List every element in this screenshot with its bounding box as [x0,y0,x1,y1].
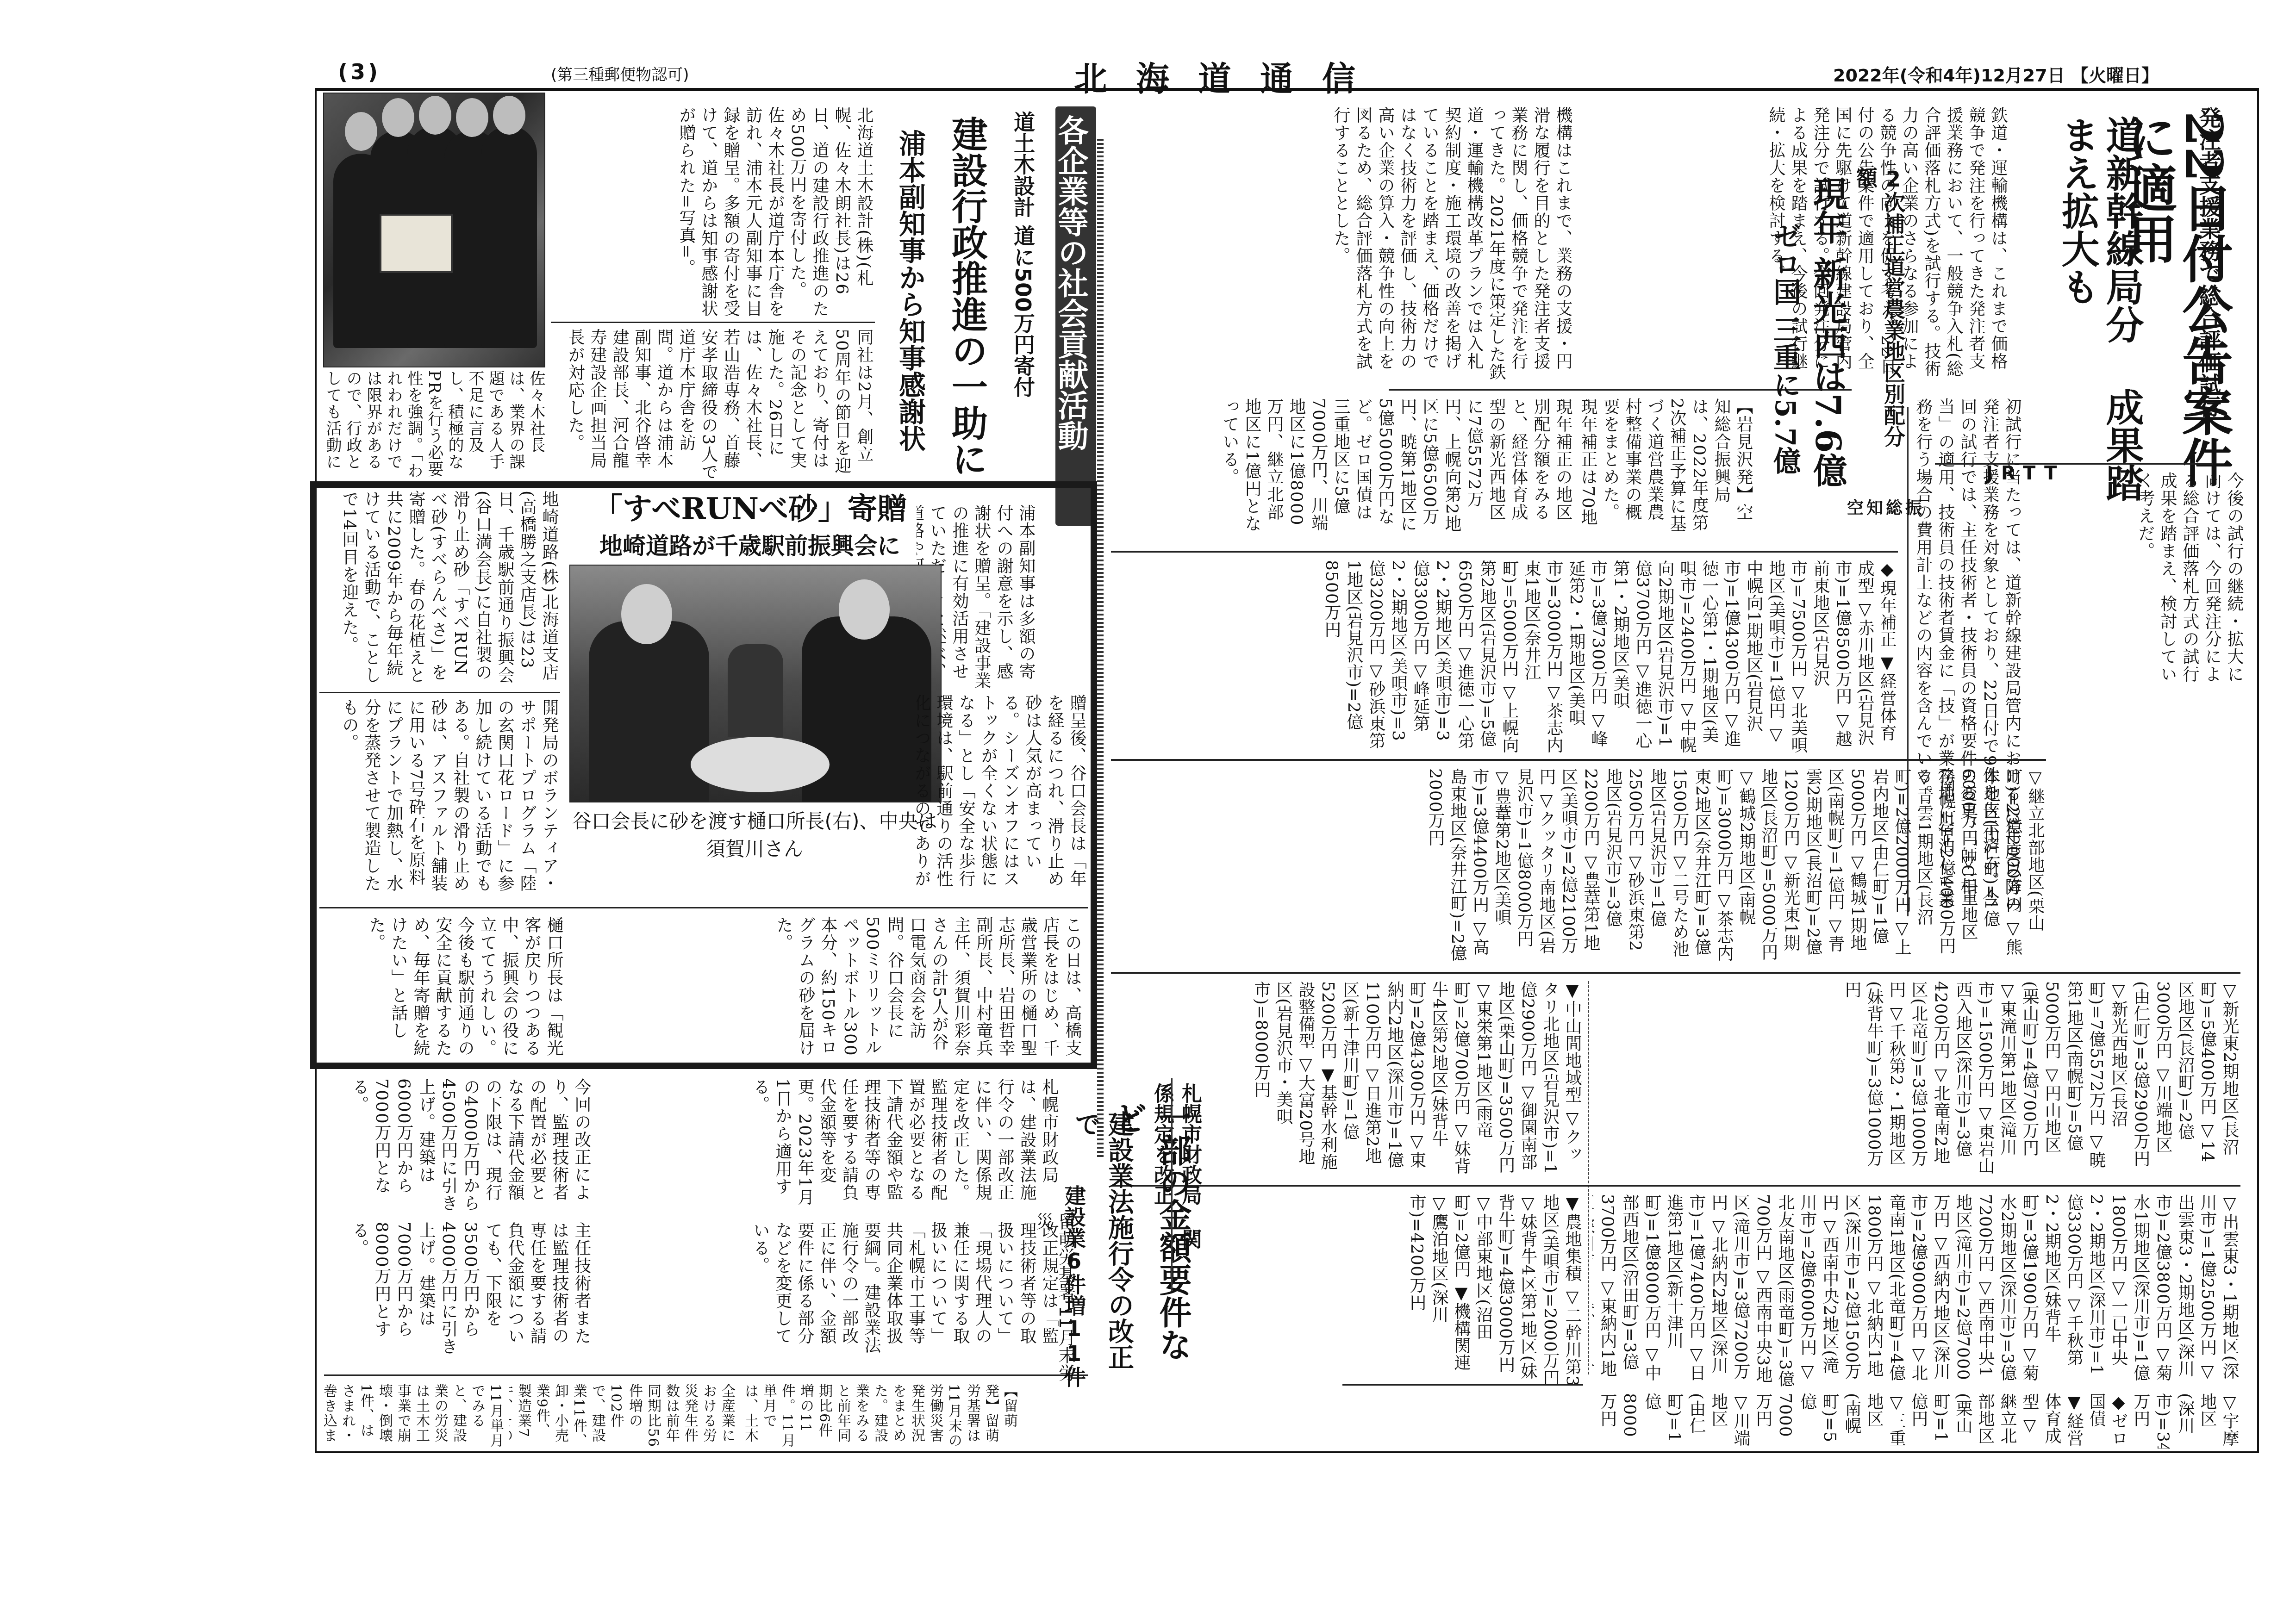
allocation-item: ▽豊葦第2地区(美唄市)=3億4400万円 [1470,768,1511,926]
allocation-item: ▽三重地区(南幌町)=5億7000万円 [1753,1393,1906,1447]
rule [1111,972,2240,974]
banner-hatch [1097,139,1104,1157]
douken-kicker: 道土木設計 道に500万円寄付 [1009,111,1037,528]
sorachi-byline: 空知総振 [1847,495,1925,519]
sorachi-kicker: 2次補正道営農業地区別配分額 [1852,167,1907,463]
allocation-item: ▽青雲1期地区(長沼町)=2億2000万円 [1892,768,1934,926]
douken-body-3: 佐々木社長は、業界の課題である人手不足に言及し、積極的なPRを行う必要性を強調。… [324,370,546,481]
allocation-item: ▽東栄第1地区(雨竜町)=2億700万円 [1452,981,1493,1138]
sorachi-headline-1: 現年 新光西は7.6億 [1805,176,1850,500]
jizaki-body-4: 贈呈後、谷口会長は「年を経るにつれ、滑り止め砂は人気が高まっている。シーズンオフ… [917,694,1088,902]
rule [1111,551,1898,553]
jizaki-photo-caption: 谷口会長に砂を渡す樋口所長(右)、中央は須賀川さん [569,808,940,863]
person-head [419,96,451,135]
sorachi-headline-2: ゼロ国 三重に5.7億 [1768,222,1802,500]
person-head [456,98,488,137]
issue-date: 2022年(令和4年)12月27日 【火曜日】 [1833,61,2159,87]
person-figure-left [589,621,709,802]
person-figure-center [728,644,783,737]
sapporo-body: 札幌市財政局は、建設業法施行令の一部改正に伴い、関係規定を改正した。監理技術者の… [597,1078,1060,1217]
person-head [345,112,377,151]
allocation-item: ▽鷹泊地区(深川市)=4200万円 [1407,1194,1448,1323]
person-head [382,98,414,137]
allocation-item: ▽妹背牛4区第1地区(妹背牛町)=4億3000万円 [1496,1194,1537,1380]
rumoi-body: 【留萌発】留萌労基署は11月末の労働災害発生状況をまとめた。建設業をみると前年同… [741,1384,1018,1449]
sapporo-body-3: 今回の改正により、監理技術者の配置が必要となる下請代金額の下限は、現行の4000… [324,1078,593,1217]
dashed-rule [1588,981,1589,1374]
rule [319,692,560,693]
jizaki-body-2: 開発局のボランティア・サポートプログラム「陸の玄関口花ロード」に参加し続けている… [319,699,560,902]
allocation-item: ▽千秋第2・1期地区(妹背牛町)=3億1000万円 [1842,981,1906,1168]
section-type-2: ▼中山間地域型 [1563,981,1582,1103]
rule [1111,759,2046,761]
allocation-item: ▽西南中央2地区(滝川市)=2億6000万円 [1798,1194,1839,1374]
jizaki-body-3: この日は、高橋支店長をはじめ、千歳営業所の樋口聖志所長、岩田哲幸副所長、中村竜兵… [569,916,1083,1064]
sorachi-body-2: 現年補正の地区別配分額をみると、経営体育成型の新光西地区に7億5572万円、上幌… [1111,398,1574,537]
rumoi-body-3-4: 11月単月でみると、建設業の労災は土木工事業で崩壊・倒壊1件、はさまれ・巻き込ま… [324,1384,505,1449]
feature-banner: 各企業等の社会貢献活動 [1055,106,1096,526]
rumoi-body-3: 11月単月でみると、建設業の労災は土木工事業で崩壊・倒壊1件、はさまれ・巻き込ま… [324,1384,504,1448]
section-type-5: ▼機構関連 [1452,1284,1471,1372]
allocation-item: ▽新光西地区(長沼町)=7億5572万円 [2087,981,2128,1127]
page-number: (3) [338,59,381,84]
allocation-item: ▽クッタリ南地区(岩見沢市)=1億8000万円 [1515,768,1556,955]
person-figure [481,126,537,348]
allocation-list-farmland: ▽出雲東3・1期地区(深川市)=1億2500万円 ▽出雲東3・2期地区(深川市)… [1592,1194,2240,1388]
rule [551,322,875,323]
sapporo-body-2: 改正規定は「監理技術者等の取扱いについて」「現場代理人の兼任に関する取扱いについ… [597,1222,1060,1361]
allocation-item: ▽川端地区(由仁町)=1億8000万円 [1598,1393,1750,1447]
allocation-item: ▽出雲東3・1期地区(深川市)=1億2500万円 [2198,1194,2239,1380]
rule [324,1374,1088,1376]
rule [1935,463,2213,465]
allocation-item: ▽継立北部地区(栗山町)=2億2000万円 [2003,768,2045,932]
douken-body-2: 同社は2月、創立50周年の節目を迎えており、寄付はその記念として実施した。26日… [551,329,875,481]
table-lace [691,737,830,792]
jizaki-subheadline: 地崎道路が千歳駅前振興会に [560,532,940,560]
postal-permit: (第三種郵便物認可) [551,62,689,85]
rule [319,907,1088,908]
section-current: ◆現年補正 [1878,560,1897,648]
jrtt-body-mid: 機構はこれまで、業務の支援・円滑な履行を目的とした発注者支援業務に関し、価格競争… [1111,106,1574,384]
person-head [839,579,890,640]
douken-body: 北海道土木設計(株)(札幌、佐々木朗社長)は26日、道の建設行政推進のため500… [551,106,875,319]
rumoi-body-2: 全産業における労災発生件数は前年同期比56件増の102件で、建設業11件、卸・小… [509,1384,736,1449]
allocation-list-current-2: ▽継立北部地区(栗山町)=2億2000万円 ▽熊本地区(由仁町)=1億6000万… [1120,768,2046,963]
sapporo-body-4: 主任技術者または監理技術者の専任を要する請負代金額についても、下限を3500万円… [324,1222,593,1361]
allocation-list-current: ◆現年補正 ▼経営体育成型 ▽赤川地区(岩見沢市)=1億8500万円 ▽越前東地… [1120,560,1898,754]
jizaki-body-5: 樋口所長は「観光客が戻りつつある中、振興会の役に立ててうれしい。今後も駅前通りの… [319,916,565,1064]
rule [1171,1078,1173,1291]
jizaki-headline: 「すべRUNべ砂」寄贈 [565,491,935,528]
rumoi-kicker: 留萌労基署 11月末労災 [1032,1213,1077,1398]
jizaki-photo [569,565,942,802]
jrtt-subheadline: 道新幹線局分 成果踏まえ拡大も [2055,116,2144,532]
person-head [493,96,525,135]
section-zero: ◆ゼロ国債 [2087,1393,2128,1447]
allocation-list-farmland-start: ▼農地集積 ▽二幹川第3地区(美唄市)=2000万円 ▽妹背牛4区第1地区(妹背… [1342,1194,1583,1388]
rule [1342,1384,1583,1386]
section-type-4: ▼農地集積 [1563,1194,1582,1282]
rule [1111,1185,2240,1187]
jizaki-body: 地崎道路(株)北海道支店(高橋勝之支店長)は23日、千歳駅前通り振興会(谷口満会… [319,491,560,690]
jrtt-body-end: 今後の試行の継続・拡大に向けては、今回発注分による総合評価落札方式の試行成果を踏… [2032,472,2245,685]
allocation-list-current-3: ▽新光東2期地区(長沼町)=5億400万円 ▽14区地区(長沼町)=2億3000… [1592,981,2240,1175]
allocation-item: ▽宇摩地区(深川市)=3480万円 [2131,1393,2239,1449]
allocation-list-zero: ▽宇摩地区(深川市)=3480万円 ◆ゼロ国債 ▼経営体育成型 ▽継立北部地区(… [1342,1393,2240,1449]
certificate-frame [380,214,453,273]
allocation-item: ▽継立北部地区(栗山町)=1億円 [1909,1393,2039,1444]
douken-photo [323,93,545,367]
sorachi-body: 【岩見沢発】空知総合振興局は、2022年度第2次補正予算に基づく道営農業農村整備… [1578,398,1754,537]
person-head [621,584,672,644]
